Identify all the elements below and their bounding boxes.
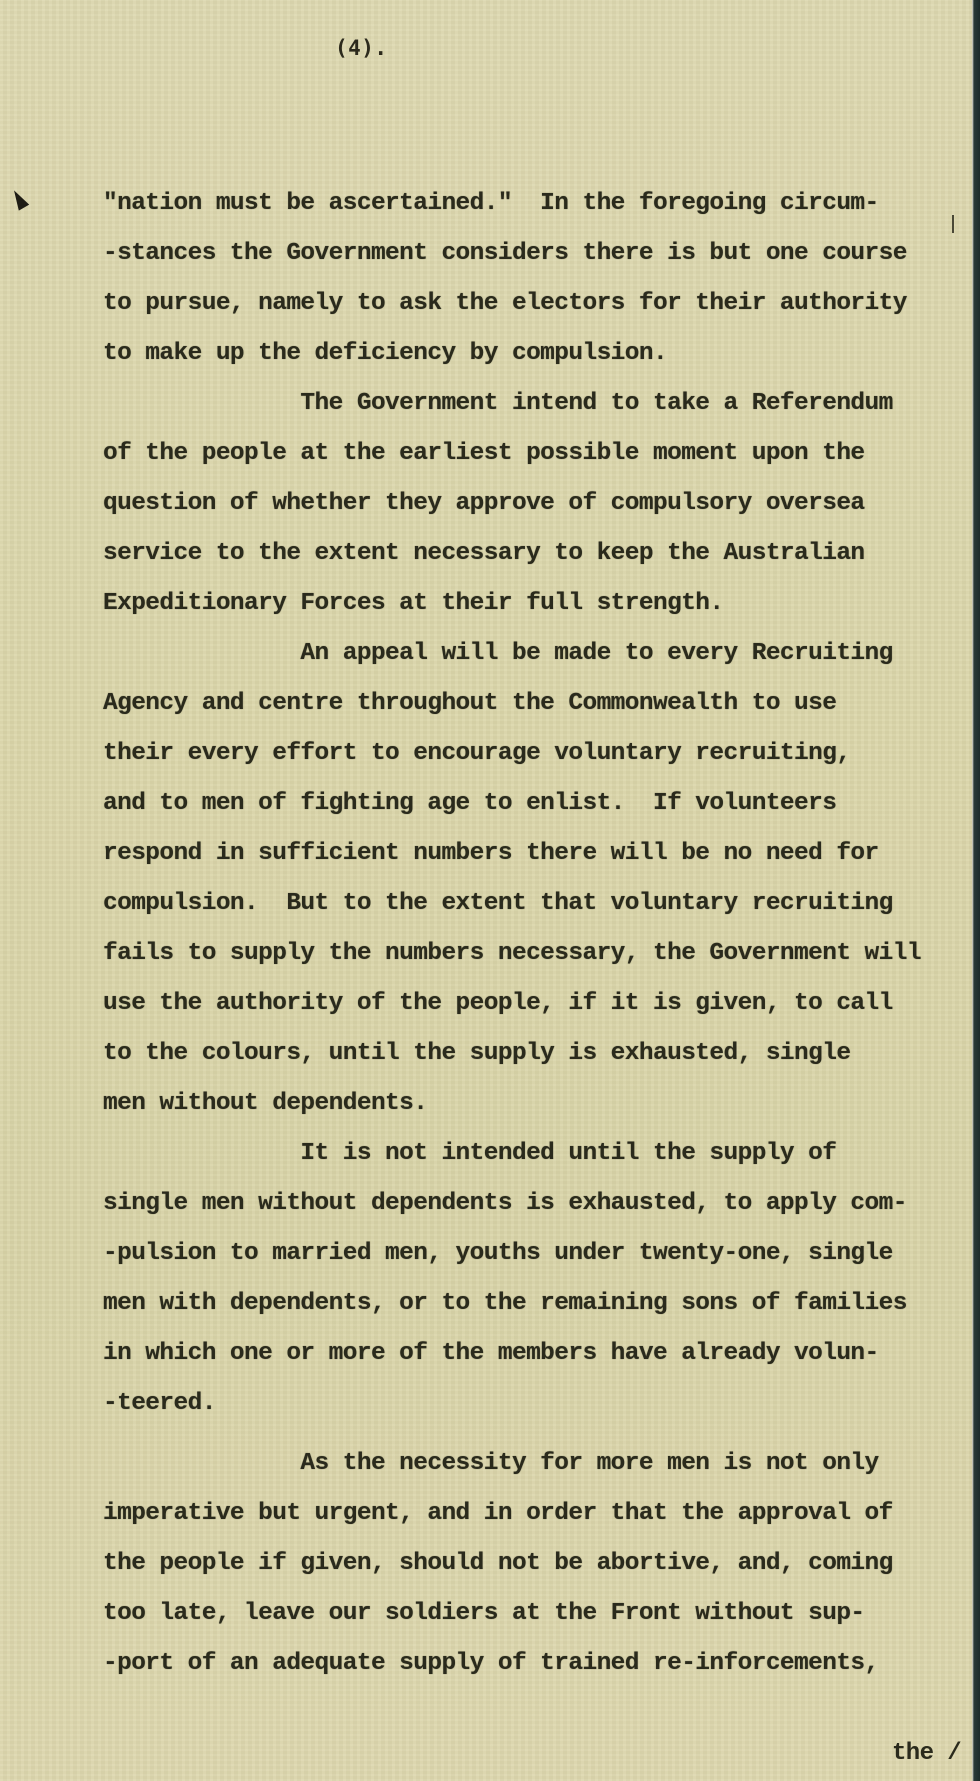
text-line: Expeditionary Forces at their full stren… [103,590,724,617]
text-line: "nation must be ascertained." In the for… [103,190,879,217]
text-line: -teered. [103,1390,216,1417]
text-line: and to men of fighting age to enlist. If… [103,790,836,817]
page-edge-border [972,0,980,1781]
text-line: question of whether they approve of comp… [103,490,865,517]
text-line: in which one or more of the members have… [103,1340,879,1367]
text-line: service to the extent necessary to keep … [103,540,865,567]
text-line: compulsion. But to the extent that volun… [103,890,893,917]
text-line: single men without dependents is exhaust… [103,1190,907,1217]
text-line: -port of an adequate supply of trained r… [103,1650,879,1677]
text-line: imperative but urgent, and in order that… [103,1500,893,1527]
text-line: to the colours, until the supply is exha… [103,1040,850,1067]
text-line: As the necessity for more men is not onl… [103,1450,879,1477]
text-line: the people if given, should not be abort… [103,1550,893,1577]
text-line: Agency and centre throughout the Commonw… [103,690,836,717]
text-line: The Government intend to take a Referend… [103,390,893,417]
text-line: men without dependents. [103,1090,427,1117]
text-line: respond in sufficient numbers there will… [103,840,879,867]
page-number: (4). [335,36,388,60]
document-page: (4). "nation must be ascertained." In th… [0,0,972,1781]
text-line: too late, leave our soldiers at the Fron… [103,1600,865,1627]
margin-tick-mark [952,215,954,233]
text-line: -stances the Government considers there … [103,240,907,267]
text-line: use the authority of the people, if it i… [103,990,893,1017]
text-line: men with dependents, or to the remaining… [103,1290,907,1317]
text-line: of the people at the earliest possible m… [103,440,865,467]
text-line: -pulsion to married men, youths under tw… [103,1240,893,1267]
text-line: An appeal will be made to every Recruiti… [103,640,893,667]
catchword: the / [892,1740,961,1767]
text-line: It is not intended until the supply of [103,1140,836,1167]
text-line: their every effort to encourage voluntar… [103,740,850,767]
margin-pointer-icon [9,187,29,210]
text-line: fails to supply the numbers necessary, t… [103,940,921,967]
text-line: to make up the deficiency by compulsion. [103,340,667,367]
text-line: to pursue, namely to ask the electors fo… [103,290,907,317]
